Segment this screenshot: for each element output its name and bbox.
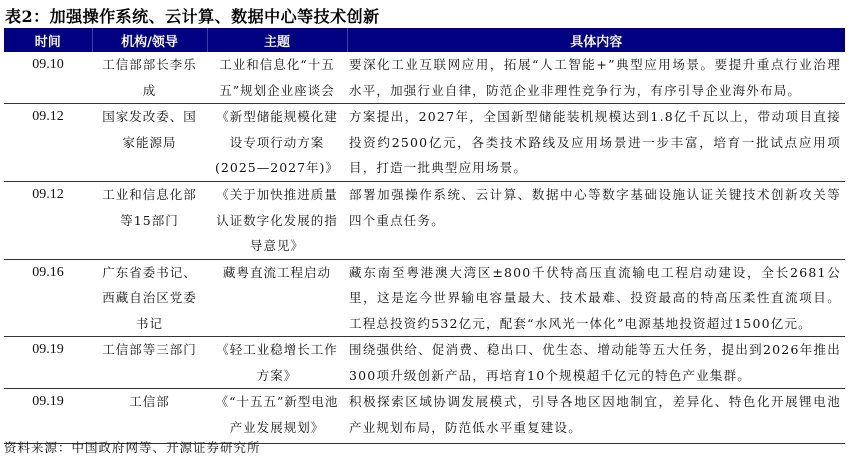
header-date: 时间 (4, 28, 92, 52)
cell-date: 09.12 (4, 182, 92, 260)
table-row: 09.19 工信部等三部门 《轻工业稳增长工作方案》 围绕强供给、促消费、稳出口… (4, 337, 845, 389)
header-detail: 具体内容 (347, 28, 845, 52)
table-row: 09.12 国家发改委、国家能源局 《新型储能规模化建设专项行动方案(2025—… (4, 104, 845, 182)
cell-date: 09.19 (4, 337, 92, 389)
table-title: 表2：加强操作系统、云计算、数据中心等技术创新 (5, 4, 380, 27)
table-row: 09.10 工信部部长李乐成 工业和信息化“十五五”规划企业座谈会 要深化工业互… (4, 52, 845, 104)
cell-org: 国家发改委、国家能源局 (92, 104, 207, 182)
cell-detail: 部署加强操作系统、云计算、数据中心等数字基础设施认证关键技术创新攻关等四个重点任… (347, 182, 845, 260)
cell-topic: 藏粤直流工程启动 (207, 259, 347, 337)
table-row: 09.12 工业和信息化部等15部门 《关于加快推进质量认证数字化发展的指导意见… (4, 182, 845, 260)
cell-date: 09.12 (4, 104, 92, 182)
cell-date: 09.10 (4, 52, 92, 104)
cell-detail: 围绕强供给、促消费、稳出口、优生态、增动能等五大任务，提出到2026年推出300… (347, 337, 845, 389)
table-row: 09.19 工信部 《“十五五”新型电池产业发展规划》 积极探索区域协调发展模式… (4, 389, 845, 444)
cell-org: 工信部部长李乐成 (92, 52, 207, 104)
cell-topic: 《关于加快推进质量认证数字化发展的指导意见》 (207, 182, 347, 260)
cell-date: 09.19 (4, 389, 92, 444)
policy-table: 时间 机构/领导 主题 具体内容 09.10 工信部部长李乐成 工业和信息化“十… (4, 28, 845, 444)
table-header-row: 时间 机构/领导 主题 具体内容 (4, 28, 845, 52)
cell-detail: 要深化工业互联网应用，拓展“人工智能+”典型应用场景。要提升重点行业治理水平，加… (347, 52, 845, 104)
cell-date: 09.16 (4, 259, 92, 337)
header-topic: 主题 (207, 28, 347, 52)
cell-topic: 《“十五五”新型电池产业发展规划》 (207, 389, 347, 444)
cell-topic: 《轻工业稳增长工作方案》 (207, 337, 347, 389)
source-note: 资料来源：中国政府网等、开源证券研究所 (4, 438, 261, 456)
table-row: 09.16 广东省委书记、西藏自治区党委书记 藏粤直流工程启动 藏东南至粤港澳大… (4, 259, 845, 337)
cell-detail: 积极探索区域协调发展模式，引导各地区因地制宜，差异化、特色化开展锂电池产业规划布… (347, 389, 845, 444)
cell-org: 工业和信息化部等15部门 (92, 182, 207, 260)
cell-topic: 《新型储能规模化建设专项行动方案(2025—2027年)》 (207, 104, 347, 182)
cell-org: 工信部等三部门 (92, 337, 207, 389)
cell-detail: 方案提出，2027年，全国新型储能装机规模达到1.8亿千瓦以上，带动项目直接投资… (347, 104, 845, 182)
header-org: 机构/领导 (92, 28, 207, 52)
cell-topic: 工业和信息化“十五五”规划企业座谈会 (207, 52, 347, 104)
cell-org: 工信部 (92, 389, 207, 444)
cell-org: 广东省委书记、西藏自治区党委书记 (92, 259, 207, 337)
cell-detail: 藏东南至粤港澳大湾区±800千伏特高压直流输电工程启动建设，全长2681公里，这… (347, 259, 845, 337)
